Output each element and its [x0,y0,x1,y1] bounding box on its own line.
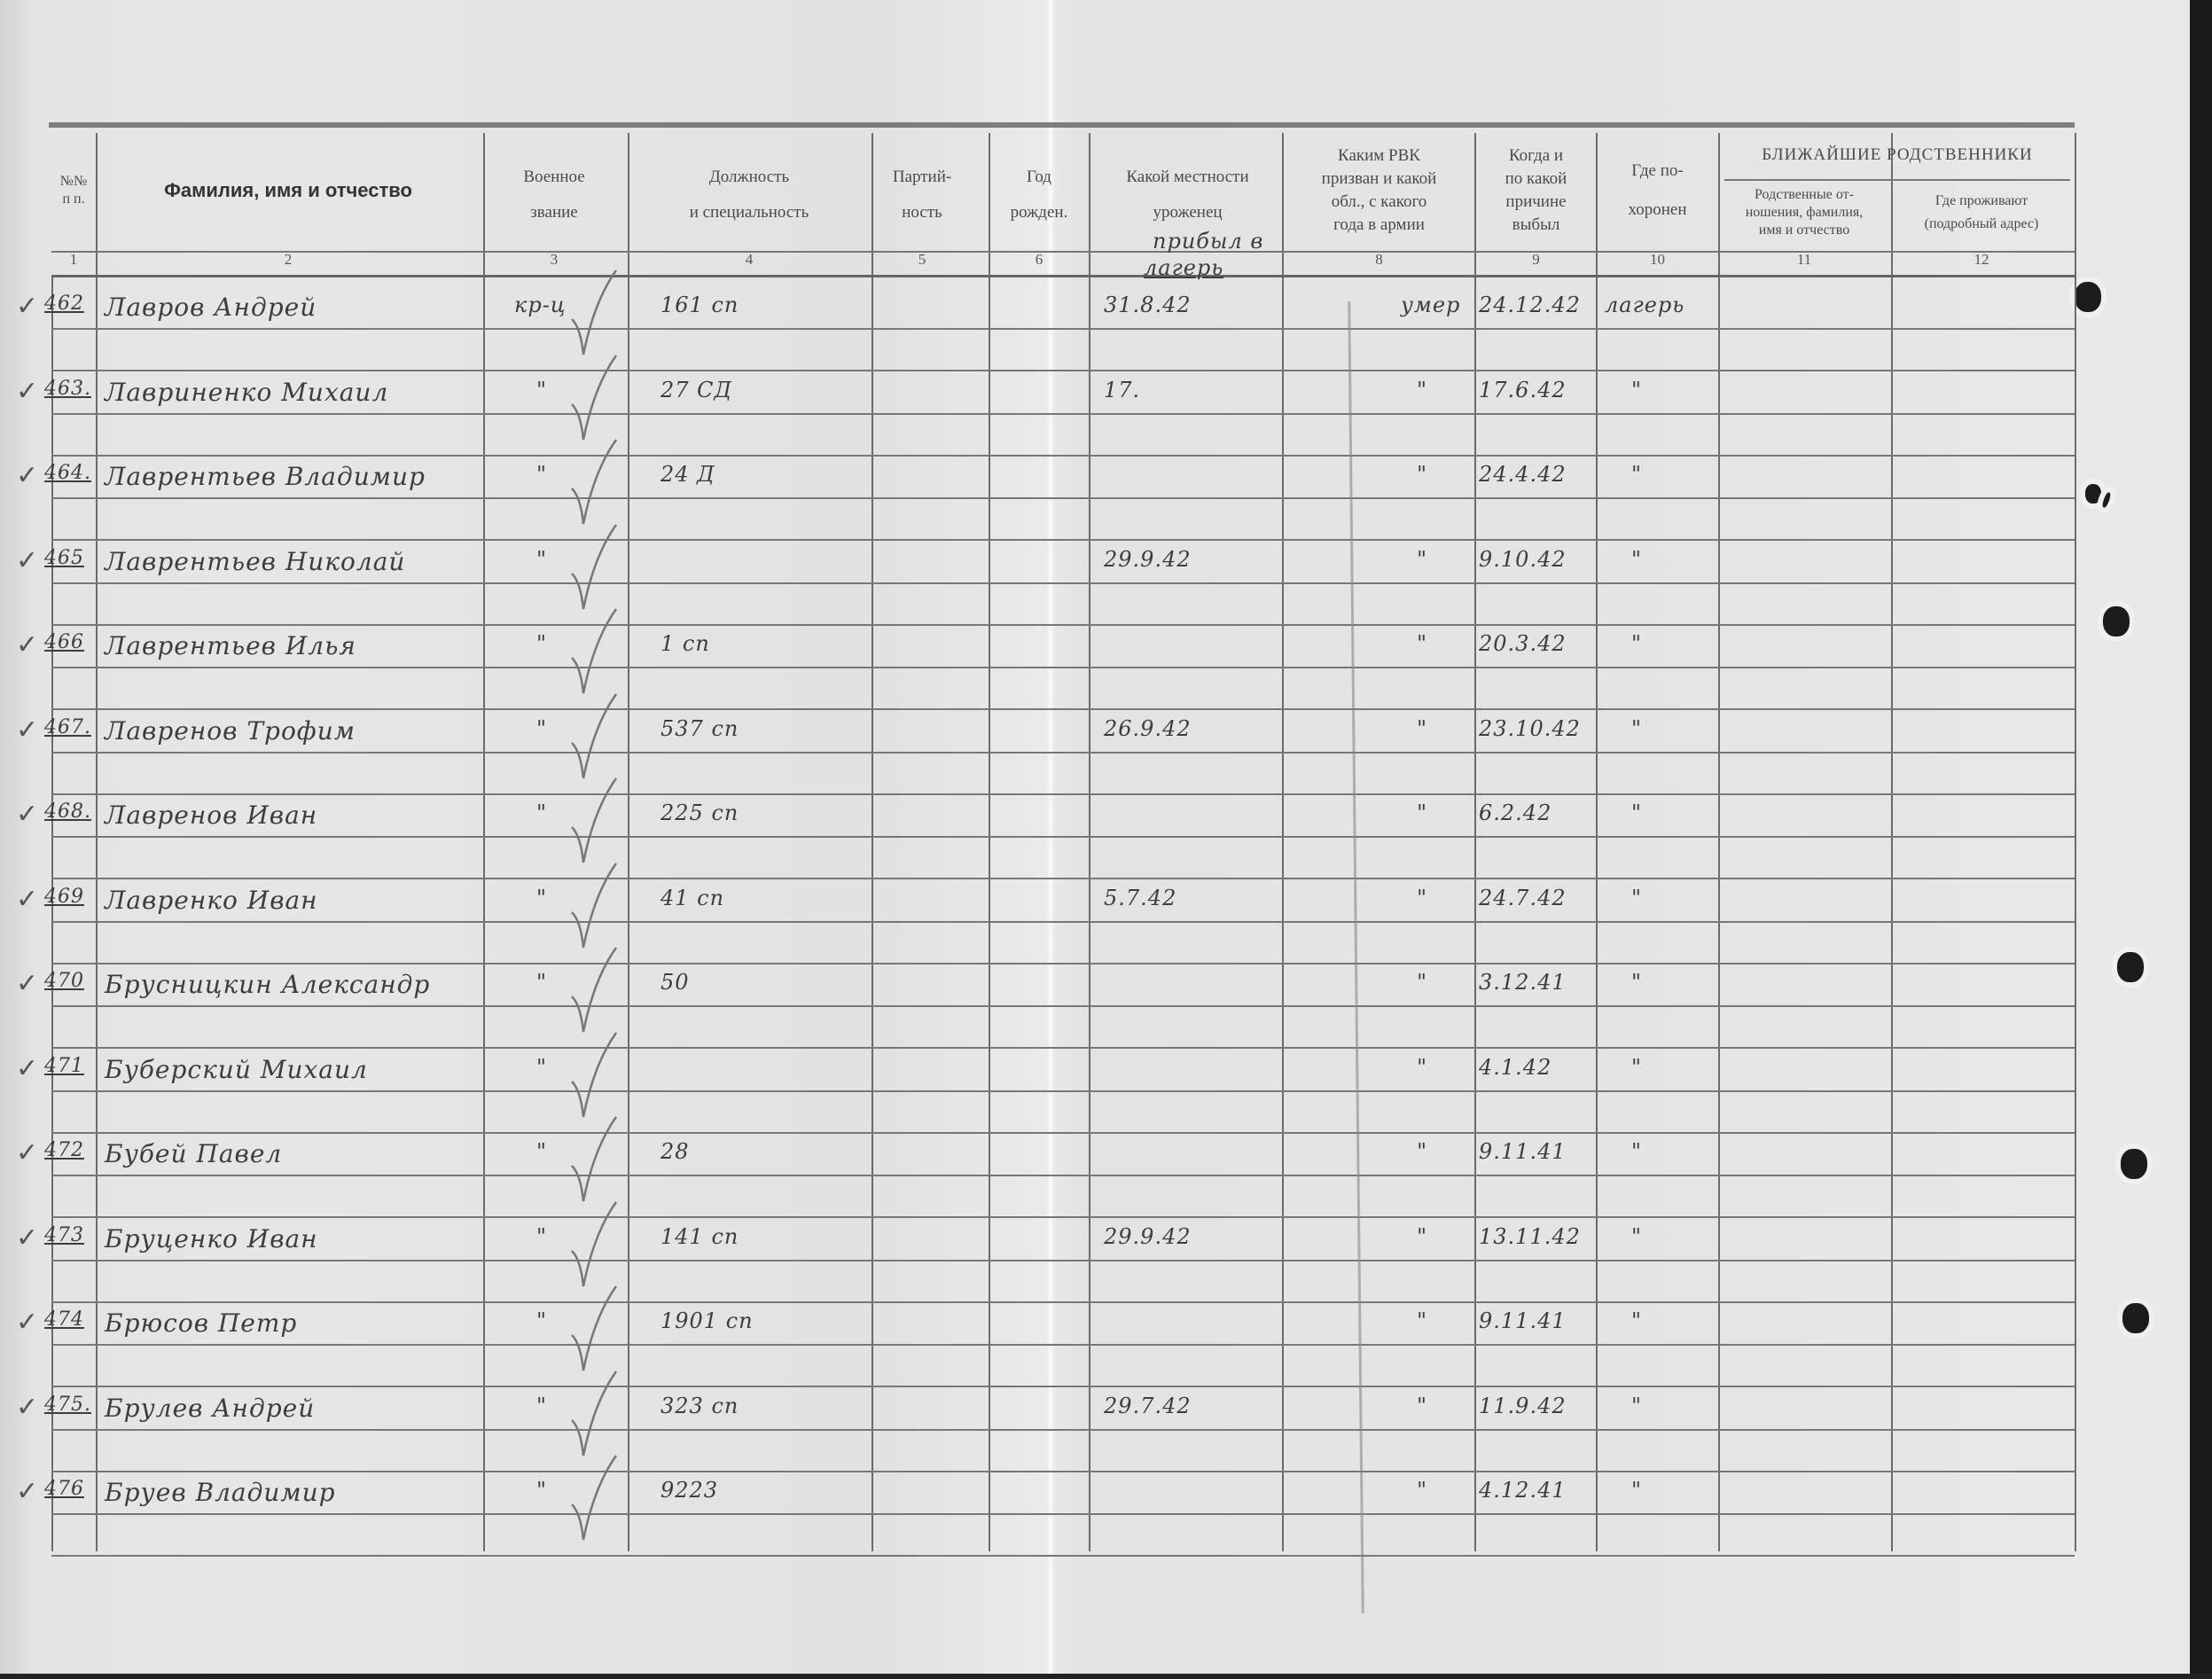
cell-reason: " [1417,1224,1427,1249]
margin-tick-icon: ✓ [16,884,38,915]
column-number: 12 [1893,251,2070,269]
cell-no: 466 [44,631,84,653]
cell-buried: " [1631,547,1642,572]
cell-reason: " [1417,547,1427,572]
cell-reason: " [1417,716,1427,741]
grid-vline [1891,133,1893,1551]
punch-hole [2121,1149,2147,1179]
scan-edge-right [2190,0,2212,1679]
margin-tick-icon: ✓ [16,291,38,322]
cell-name: Брулев Андрей [105,1394,315,1423]
cell-reason: " [1417,1394,1427,1418]
cell-reason: " [1417,1055,1427,1080]
grid-hline [51,963,2075,964]
grid-hline [51,624,2075,626]
checkmark-icon [567,1451,621,1549]
grid-hline [51,667,2075,668]
cell-unit: 24 Д [660,462,715,487]
cell-buried: " [1631,1394,1642,1418]
grid-hline [51,1301,2075,1303]
cell-no: 470 [44,970,84,992]
grid-vline [989,133,990,1551]
cell-date: 17.6.42 [1479,378,1567,402]
cell-reason: " [1417,1308,1427,1333]
cell-unit: 161 сп [660,293,739,317]
cell-rank: " [536,462,547,487]
grid-vline [96,133,98,1551]
header-text: Какой местности [1126,160,1248,195]
checkmark-icon [567,1282,621,1379]
cell-date: 23.10.42 [1479,716,1581,741]
cell-reason: " [1417,1139,1427,1164]
cell-buried: " [1631,1139,1642,1164]
cell-no: 464. [44,462,91,484]
grid-vline [1596,133,1598,1551]
checkmark-icon [567,1198,621,1295]
grid-hline [51,370,2075,371]
header-col-5: Партий- ность [873,160,971,230]
cell-date: 24.4.42 [1479,462,1567,487]
cell-arrived: 29.9.42 [1104,1224,1192,1249]
header-text: ношения, фамилия, [1746,204,1864,222]
header-col-7: Какой местности уроженец [1092,160,1283,230]
column-number: 5 [873,251,971,269]
header-text: Где по- [1631,152,1683,191]
cell-date: 4.12.41 [1479,1478,1567,1503]
header-col-2: Фамилия, имя и отчество [98,168,479,213]
punch-hole [2085,484,2101,504]
column-number: 4 [629,251,869,269]
cell-no: 467. [44,716,91,738]
margin-tick-icon: ✓ [16,629,38,660]
header-col-8: Каким РВК призван и какой обл., с какого… [1284,142,1474,239]
cell-reason: " [1417,886,1427,910]
grid-hline [51,328,2075,330]
punch-hole [2117,952,2144,982]
cell-reason: " [1417,970,1427,995]
header-col-9: Когда и по какой причине выбыл [1476,142,1596,239]
header-text: рожден. [1011,195,1068,230]
cell-no: 462 [44,293,84,315]
grid-vline [1282,133,1284,1551]
grid-vline [872,133,873,1551]
cell-buried: " [1631,886,1642,910]
header-text: №№ [60,173,88,191]
cell-no: 474 [44,1308,84,1331]
cell-name: Лаврентьев Николай [105,547,405,576]
handwritten-header-note: лагерь [1144,255,1223,280]
cell-buried: " [1631,462,1642,487]
checkmark-icon [567,859,621,957]
margin-tick-icon: ✓ [16,1053,38,1084]
cell-rank: " [536,1055,547,1080]
punch-hole [2122,1303,2149,1333]
checkmark-icon [567,774,621,871]
cell-date: 9.10.42 [1479,547,1567,572]
cell-arrived: 31.8.42 [1104,293,1192,317]
header-text: Где проживают [1935,190,2028,213]
grid-hline [51,1090,2075,1092]
checkmark-icon [567,435,621,533]
grid-hline [51,539,2075,541]
grid-hline [51,1047,2075,1049]
header-text: и специальность [690,195,809,230]
cell-no: 468. [44,800,91,823]
cell-reason: " [1417,378,1427,402]
grid-hline [51,1005,2075,1007]
checkmark-icon [567,520,621,618]
grid-hline [51,1175,2075,1176]
cell-reason: " [1417,1478,1427,1503]
cell-arrived: 29.9.42 [1104,547,1192,572]
header-text: звание [530,195,577,230]
cell-name: Брюсов Петр [105,1308,297,1338]
margin-tick-icon: ✓ [16,1392,38,1423]
grid-hline [51,1555,2075,1557]
grid-hline [51,1386,2075,1387]
header-col-1: №№ п п. [51,160,96,222]
cell-unit: 50 [660,970,690,995]
cell-date: 24.7.42 [1479,886,1567,910]
cell-buried: " [1631,378,1642,402]
cell-name: Бруценко Иван [105,1224,318,1253]
grid-hline [51,1513,2075,1515]
header-col-10: Где по- хоронен [1598,155,1717,226]
header-text: Партий- [893,160,951,195]
cell-date: 9.11.41 [1479,1139,1567,1164]
grid-hline [51,921,2075,923]
cell-rank: " [536,970,547,995]
cell-no: 471 [44,1055,84,1077]
cell-no: 465 [44,547,84,569]
grid-hline [51,275,2075,277]
checkmark-icon [567,266,621,363]
cell-date: 9.11.41 [1479,1308,1567,1333]
grid-hline [51,752,2075,754]
margin-tick-icon: ✓ [16,1307,38,1338]
cell-unit: 323 сп [660,1394,739,1418]
cell-name: Лавриненко Михаил [105,378,388,407]
margin-tick-icon: ✓ [16,460,38,491]
cell-arrived: 5.7.42 [1104,886,1176,910]
cell-date: 6.2.42 [1479,800,1552,825]
grid-vline [1089,133,1090,1551]
column-number: 1 [51,251,96,269]
header-text: года в армии [1333,214,1425,237]
grid-hline [51,878,2075,879]
checkmark-icon [567,1113,621,1210]
header-text: Военное [523,160,584,195]
grid-vline [628,133,629,1551]
cell-rank: " [536,800,547,825]
grid-hline [51,1132,2075,1134]
grid-vline [1718,133,1720,1551]
grid-hline [51,413,2075,415]
cell-rank: " [536,1139,547,1164]
header-col-11: Родственные от- ношения, фамилия, имя и … [1720,182,1888,244]
cell-name: Лаврентьев Илья [105,631,356,660]
header-text: ность [902,195,942,230]
grid-vline [2075,133,2076,1551]
cell-name: Буберский Михаил [105,1055,368,1084]
grid-hline [51,793,2075,795]
cell-unit: 537 сп [660,716,739,741]
column-number: 8 [1284,251,1474,269]
handwritten-header-note: прибыл в [1153,229,1263,254]
margin-tick-icon: ✓ [16,968,38,999]
header-text: уроженец [1153,195,1222,230]
header-col-12: Где проживают (подробный адрес) [1893,182,2070,244]
cell-rank: " [536,1394,547,1418]
grid-hline [51,582,2075,584]
grid-hline [51,1344,2075,1346]
header-text: Родственные от- [1755,186,1854,204]
cell-name: Лавров Андрей [105,293,317,322]
cell-name: Лавренов Иван [105,800,317,830]
column-number: 2 [98,251,479,269]
cell-rank: " [536,1308,547,1333]
header-col-6: Год рожден. [991,160,1087,230]
margin-tick-icon: ✓ [16,545,38,576]
cell-reason: " [1417,800,1427,825]
header-text: Фамилия, имя и отчество [164,179,412,202]
margin-tick-icon: ✓ [16,1222,38,1253]
cell-unit: 225 сп [660,800,739,825]
header-text: по какой [1505,168,1567,191]
cell-no: 475. [44,1394,91,1416]
margin-tick-icon: ✓ [16,799,38,830]
cell-no: 469 [44,886,84,908]
cell-unit: 1 сп [660,631,710,656]
cell-buried: " [1631,716,1642,741]
cell-date: 24.12.42 [1479,293,1581,317]
cell-name: Лавренов Трофим [105,716,356,746]
cell-unit: 1901 сп [660,1308,754,1333]
cell-arrived: 26.9.42 [1104,716,1192,741]
column-number: 10 [1598,251,1717,269]
header-text: Должность [709,160,789,195]
header-col-4: Должность и специальность [629,160,869,230]
cell-name: Бубей Павел [105,1139,282,1168]
header-text: Когда и [1509,144,1563,168]
header-text: Каким РВК [1338,144,1420,168]
cell-name: Брусницкин Александр [105,970,430,999]
cell-arrived: 17. [1104,378,1140,402]
grid-hline [51,497,2075,499]
cell-reason: умер [1401,293,1460,317]
column-number: 9 [1476,251,1596,269]
cell-no: 472 [44,1139,84,1161]
header-relatives-group: БЛИЖАЙШИЕ РОДСТВЕННИКИ [1720,137,2075,173]
grid-hline [51,455,2075,457]
header-text: имя и отчество [1759,222,1849,239]
grid-hline [51,1471,2075,1472]
cell-unit: 9223 [660,1478,718,1503]
cell-unit: 27 СД [660,378,732,402]
header-text: причине [1505,191,1566,214]
header-text: выбыл [1512,214,1560,237]
cell-name: Лаврентьев Владимир [105,462,426,491]
cell-no: 476 [44,1478,84,1500]
cell-buried: " [1631,1055,1642,1080]
cell-rank: " [536,547,547,572]
header-text: хоронен [1628,191,1686,230]
top-rule [49,122,2075,128]
cell-buried: лагерь [1605,293,1684,317]
header-text: (подробный адрес) [1925,213,2039,236]
cell-buried: " [1631,1308,1642,1333]
cell-rank: " [536,1478,547,1503]
cell-rank: кр-ц [514,293,567,317]
margin-tick-icon: ✓ [16,376,38,407]
cell-date: 4.1.42 [1479,1055,1552,1080]
grid-vline [1474,133,1476,1551]
header-text: призван и какой [1322,168,1437,191]
checkmark-icon [567,943,621,1041]
punch-hole [2075,282,2101,312]
cell-unit: 28 [660,1139,690,1164]
grid-hline [51,1216,2075,1218]
cell-reason: " [1417,631,1427,656]
grid-hline [51,1429,2075,1431]
cell-no: 463. [44,378,91,400]
header-col-3: Военное звание [483,160,625,230]
grid-hline [1724,179,2070,181]
column-number: 6 [991,251,1087,269]
cell-buried: " [1631,1478,1642,1503]
cell-date: 3.12.41 [1479,970,1567,995]
checkmark-icon [567,351,621,449]
cell-date: 13.11.42 [1479,1224,1581,1249]
cell-arrived: 29.7.42 [1104,1394,1192,1418]
cell-unit: 141 сп [660,1224,739,1249]
cell-reason: " [1417,462,1427,487]
cell-rank: " [536,716,547,741]
cell-buried: " [1631,800,1642,825]
margin-tick-icon: ✓ [16,1137,38,1168]
scan-edge-bottom [0,1674,2212,1679]
cell-rank: " [536,378,547,402]
cell-unit: 41 сп [660,886,724,910]
header-text: БЛИЖАЙШИЕ РОДСТВЕННИКИ [1762,144,2032,167]
header-text: п п. [62,191,84,208]
cell-rank: " [536,886,547,910]
grid-hline [51,708,2075,710]
cell-no: 473 [44,1224,84,1246]
grid-hline [51,836,2075,838]
cell-name: Бруев Владимир [105,1478,336,1507]
cell-buried: " [1631,970,1642,995]
margin-tick-icon: ✓ [16,715,38,746]
grid-vline [483,133,485,1551]
column-number: 11 [1720,251,1888,269]
cell-buried: " [1631,1224,1642,1249]
checkmark-icon [567,1367,621,1464]
cell-rank: " [536,1224,547,1249]
margin-tick-icon: ✓ [16,1476,38,1507]
grid-hline [51,1260,2075,1261]
punch-hole [2103,606,2130,636]
cell-buried: " [1631,631,1642,656]
header-text: обл., с какого [1332,191,1427,214]
cell-date: 20.3.42 [1479,631,1567,656]
cell-name: Лавренко Иван [105,886,318,915]
checkmark-icon [567,605,621,702]
cell-rank: " [536,631,547,656]
header-text: Год [1027,160,1051,195]
checkmark-icon [567,690,621,787]
cell-date: 11.9.42 [1479,1394,1567,1418]
checkmark-icon [567,1028,621,1126]
